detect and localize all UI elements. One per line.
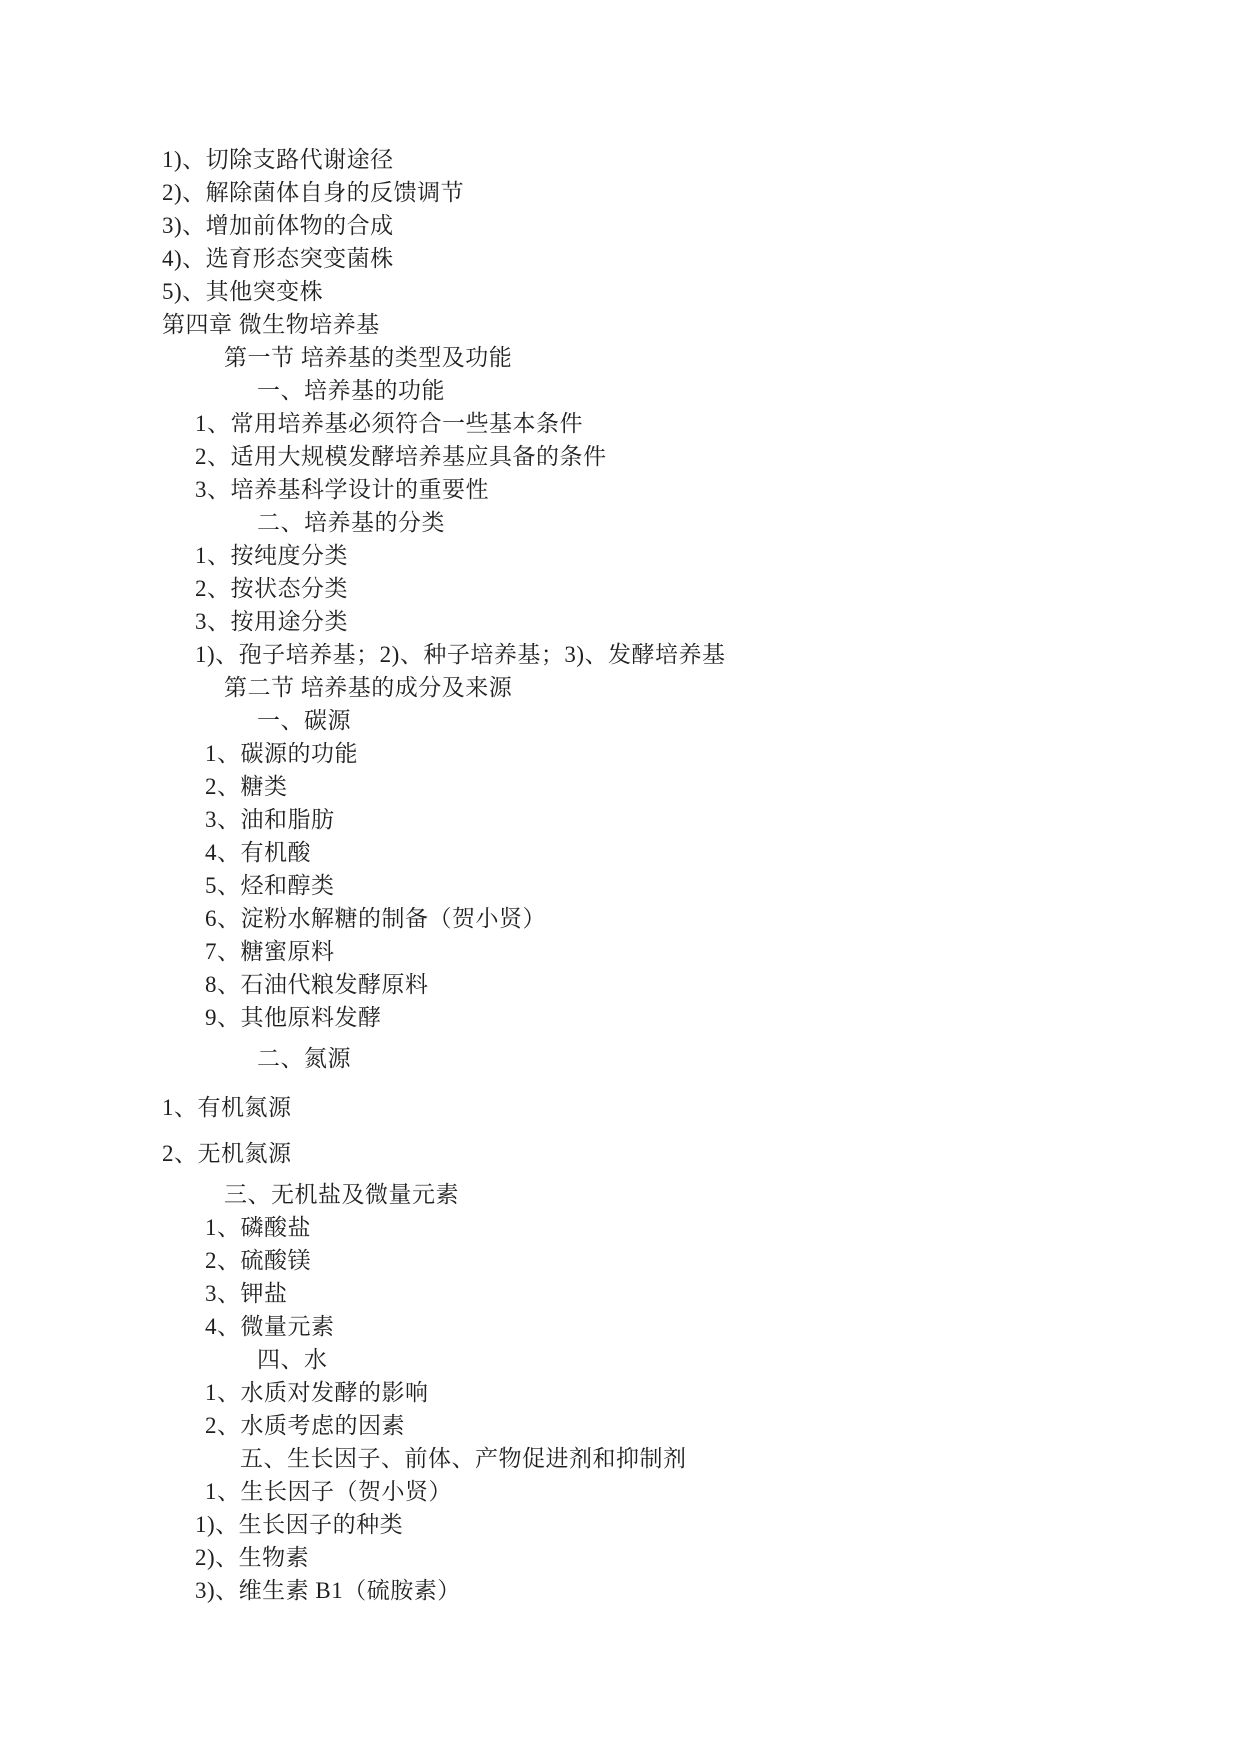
outline-line: 9、其他原料发酵 [162,1001,1171,1034]
outline-line: 1)、孢子培养基；2)、种子培养基；3)、发酵培养基 [162,638,1171,671]
outline-line: 一、碳源 [162,704,1171,737]
outline-line: 2、糖类 [162,770,1171,803]
outline-line: 4、微量元素 [162,1310,1171,1343]
outline-line: 1、按纯度分类 [162,539,1171,572]
outline-line: 1、常用培养基必须符合一些基本条件 [162,407,1171,440]
outline-line: 1、有机氮源 [162,1091,1171,1124]
outline-line: 8、石油代粮发酵原料 [162,968,1171,1001]
outline-line: 1)、生长因子的种类 [162,1508,1171,1541]
outline-line: 二、培养基的分类 [162,506,1171,539]
outline-line: 第四章 微生物培养基 [162,308,1171,341]
outline-line: 1、水质对发酵的影响 [162,1376,1171,1409]
outline-line: 第二节 培养基的成分及来源 [162,671,1171,704]
outline-line: 2、按状态分类 [162,572,1171,605]
document-page: 1)、切除支路代谢途径2)、解除菌体自身的反馈调节3)、增加前体物的合成4)、选… [0,0,1241,1754]
outline-line: 三、无机盐及微量元素 [162,1178,1171,1211]
outline-line: 四、水 [162,1343,1171,1376]
outline-line: 一、培养基的功能 [162,374,1171,407]
outline-line: 2、水质考虑的因素 [162,1409,1171,1442]
outline-line: 3、油和脂肪 [162,803,1171,836]
outline-line: 2、硫酸镁 [162,1244,1171,1277]
outline-line: 1、碳源的功能 [162,737,1171,770]
outline-line: 1、磷酸盐 [162,1211,1171,1244]
outline-line: 五、生长因子、前体、产物促进剂和抑制剂 [162,1442,1171,1475]
outline-line: 3、钾盐 [162,1277,1171,1310]
outline-line: 1、生长因子（贺小贤） [162,1475,1171,1508]
outline-line: 3、按用途分类 [162,605,1171,638]
outline-line: 4)、选育形态突变菌株 [162,242,1171,275]
outline-line: 4、有机酸 [162,836,1171,869]
outline-line: 2)、生物素 [162,1541,1171,1574]
outline-line: 3)、维生素 B1（硫胺素） [162,1574,1171,1607]
outline-line: 5)、其他突变株 [162,275,1171,308]
outline-line: 1)、切除支路代谢途径 [162,143,1171,176]
outline-line: 2、适用大规模发酵培养基应具备的条件 [162,440,1171,473]
outline-list: 1)、切除支路代谢途径2)、解除菌体自身的反馈调节3)、增加前体物的合成4)、选… [162,143,1171,1607]
outline-line: 5、烃和醇类 [162,869,1171,902]
outline-line: 第一节 培养基的类型及功能 [162,341,1171,374]
outline-line: 2、无机氮源 [162,1137,1171,1170]
outline-line: 2)、解除菌体自身的反馈调节 [162,176,1171,209]
outline-line: 3、培养基科学设计的重要性 [162,473,1171,506]
outline-line: 二、氮源 [162,1042,1171,1075]
outline-line: 3)、增加前体物的合成 [162,209,1171,242]
outline-line: 6、淀粉水解糖的制备（贺小贤） [162,902,1171,935]
outline-line: 7、糖蜜原料 [162,935,1171,968]
